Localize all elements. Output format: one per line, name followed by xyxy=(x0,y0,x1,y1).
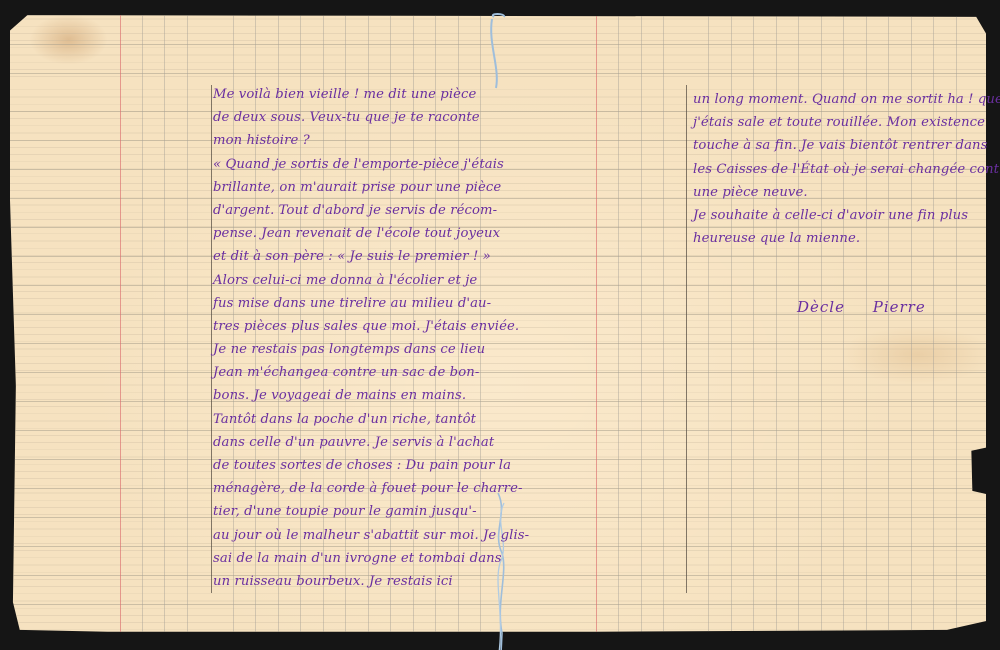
text-line: j'étais sale et toute rouillée. Mon exis… xyxy=(693,111,1000,134)
text-line: sai de la main d'un ivrogne et tombai da… xyxy=(213,547,529,570)
text-line: ménagère, de la corde à fouet pour le ch… xyxy=(213,477,529,500)
text-line: tres pièces plus sales que moi. J'étais … xyxy=(213,315,529,338)
left-text-margin-line xyxy=(211,85,212,593)
text-line: Je ne restais pas longtemps dans ce lieu xyxy=(213,338,529,361)
text-line: Me voilà bien vieille ! me dit une pièce xyxy=(213,83,529,106)
text-line: heureuse que la mienne. xyxy=(693,227,1000,250)
text-line: brillante, on m'aurait prise pour une pi… xyxy=(213,176,529,199)
text-line: de deux sous. Veux-tu que je te raconte xyxy=(213,106,529,129)
grid-line xyxy=(618,15,619,633)
text-line: fus mise dans une tirelire au milieu d'a… xyxy=(213,292,529,315)
text-line: bons. Je voyageai de mains en mains. xyxy=(213,384,529,407)
text-line: Tantôt dans la poche d'un riche, tantôt xyxy=(213,408,529,431)
right-text-margin-line xyxy=(686,85,687,593)
text-line: Alors celui-ci me donna à l'écolier et j… xyxy=(213,269,529,292)
text-line: les Caisses de l'État où je serai changé… xyxy=(693,158,1000,181)
text-line: un long moment. Quand on me sortit ha ! … xyxy=(693,88,1000,111)
text-line: d'argent. Tout d'abord je servis de réco… xyxy=(213,199,529,222)
text-line: dans celle d'un pauvre. Je servis à l'ac… xyxy=(213,431,529,454)
text-line: une pièce neuve. xyxy=(693,181,1000,204)
text-line: au jour où le malheur s'abattit sur moi.… xyxy=(213,524,529,547)
text-line: mon histoire ? xyxy=(213,129,529,152)
author-signature: Dècle Pierre xyxy=(797,298,926,316)
text-line: et dit à son père : « Je suis le premier… xyxy=(213,245,529,268)
text-line: un ruisseau bourbeux. Je restais ici xyxy=(213,570,529,593)
grid-line xyxy=(187,15,188,633)
left-page-text: Me voilà bien vieille ! me dit une pièce… xyxy=(213,83,529,593)
text-line: Jean m'échangea contre un sac de bon- xyxy=(213,361,529,384)
text-line: « Quand je sortis de l'emporte-pièce j'é… xyxy=(213,153,529,176)
text-line: pense. Jean revenait de l'école tout joy… xyxy=(213,222,529,245)
right-page-text: un long moment. Quand on me sortit ha ! … xyxy=(693,88,1000,250)
grid-line xyxy=(663,15,664,633)
grid-line xyxy=(142,15,143,633)
grid-line xyxy=(641,15,642,633)
text-line: touche à sa fin. Je vais bientôt rentrer… xyxy=(693,134,1000,157)
right-margin-red-line xyxy=(596,15,597,633)
grid-line xyxy=(164,15,165,633)
left-margin-red-line xyxy=(120,15,121,633)
text-line: de toutes sortes de choses : Du pain pou… xyxy=(213,454,529,477)
text-line: Je souhaite à celle-ci d'avoir une fin p… xyxy=(693,204,1000,227)
text-line: tier, d'une toupie pour le gamin jusqu'- xyxy=(213,500,529,523)
